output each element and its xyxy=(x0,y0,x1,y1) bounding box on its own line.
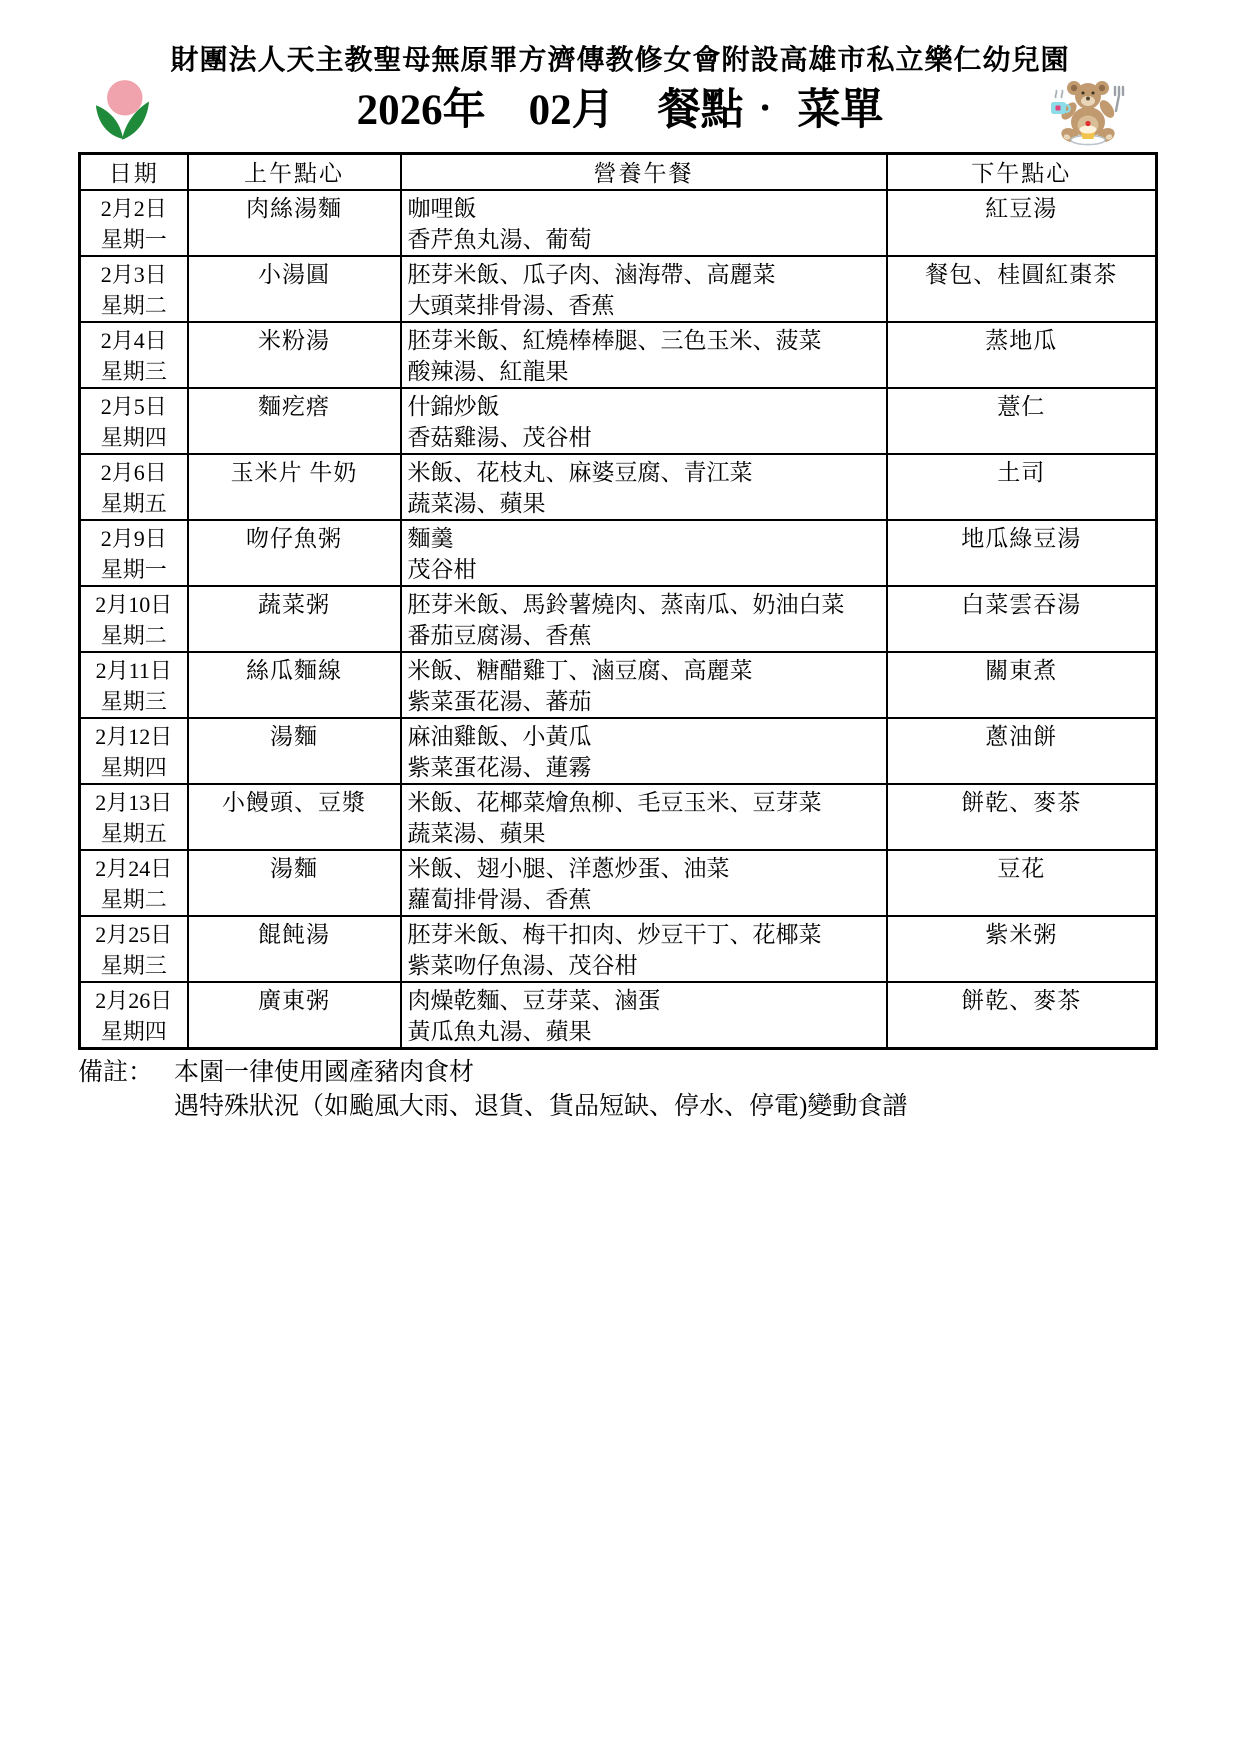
weekday-text: 星期四 xyxy=(81,752,187,783)
lunch-line-1: 胚芽米飯、梅干扣肉、炒豆干丁、花椰菜 xyxy=(408,919,882,950)
lunch-line-2: 紫菜蛋花湯、蓮霧 xyxy=(408,752,882,783)
morning-snack-cell: 廣東粥 xyxy=(188,982,401,1049)
morning-snack-text: 小湯圓 xyxy=(189,259,400,290)
table-row: 2月4日 星期三 米粉湯 胚芽米飯、紅燒棒棒腿、三色玉米、菠菜 酸辣湯、紅龍果 … xyxy=(80,322,1157,388)
teddy-bear-icon xyxy=(1040,78,1135,151)
date-text: 2月2日 xyxy=(81,193,187,224)
date-text: 2月3日 xyxy=(81,259,187,290)
date-cell: 2月2日 星期一 xyxy=(80,190,188,256)
weekday-text: 星期二 xyxy=(81,884,187,915)
morning-snack-cell: 絲瓜麵線 xyxy=(188,652,401,718)
afternoon-snack-cell: 餅乾、麥茶 xyxy=(887,982,1157,1049)
lunch-cell: 米飯、花枝丸、麻婆豆腐、青江菜 蔬菜湯、蘋果 xyxy=(401,454,887,520)
afternoon-snack-text: 餅乾、麥茶 xyxy=(888,787,1156,818)
afternoon-snack-cell: 紫米粥 xyxy=(887,916,1157,982)
weekday-text: 星期一 xyxy=(81,554,187,585)
date-cell: 2月3日 星期二 xyxy=(80,256,188,322)
table-row: 2月2日 星期一 肉絲湯麵 咖哩飯 香芹魚丸湯、葡萄 紅豆湯 xyxy=(80,190,1157,256)
afternoon-snack-cell: 豆花 xyxy=(887,850,1157,916)
lunch-line-2: 蔬菜湯、蘋果 xyxy=(408,818,882,849)
table-row: 2月26日 星期四 廣東粥 肉燥乾麵、豆芽菜、滷蛋 黃瓜魚丸湯、蘋果 餅乾、麥茶 xyxy=(80,982,1157,1049)
lunch-cell: 胚芽米飯、馬鈴薯燒肉、蒸南瓜、奶油白菜 番茄豆腐湯、香蕉 xyxy=(401,586,887,652)
lunch-line-2: 茂谷柑 xyxy=(408,554,882,585)
table-row: 2月24日 星期二 湯麵 米飯、翅小腿、洋蔥炒蛋、油菜 蘿蔔排骨湯、香蕉 豆花 xyxy=(80,850,1157,916)
morning-snack-text: 絲瓜麵線 xyxy=(189,655,400,686)
cupcake-frosting xyxy=(1080,126,1097,134)
weekday-text: 星期二 xyxy=(81,620,187,651)
bear-eye-left xyxy=(1082,92,1085,95)
lunch-cell: 咖哩飯 香芹魚丸湯、葡萄 xyxy=(401,190,887,256)
afternoon-snack-cell: 餐包、桂圓紅棗茶 xyxy=(887,256,1157,322)
lunch-line-2: 紫菜吻仔魚湯、茂谷柑 xyxy=(408,950,882,981)
weekday-text: 星期四 xyxy=(81,1016,187,1047)
lunch-cell: 米飯、花椰菜燴魚柳、毛豆玉米、豆芽菜 蔬菜湯、蘋果 xyxy=(401,784,887,850)
morning-snack-cell: 湯麵 xyxy=(188,850,401,916)
lunch-line-1: 米飯、翅小腿、洋蔥炒蛋、油菜 xyxy=(408,853,882,884)
morning-snack-cell: 小湯圓 xyxy=(188,256,401,322)
afternoon-snack-text: 土司 xyxy=(888,457,1156,488)
lunch-line-2: 酸辣湯、紅龍果 xyxy=(408,356,882,387)
date-text: 2月10日 xyxy=(81,589,187,620)
morning-snack-cell: 湯麵 xyxy=(188,718,401,784)
date-cell: 2月26日 星期四 xyxy=(80,982,188,1049)
fork xyxy=(1115,87,1123,111)
afternoon-snack-cell: 關東煮 xyxy=(887,652,1157,718)
date-text: 2月11日 xyxy=(81,655,187,686)
date-cell: 2月5日 星期四 xyxy=(80,388,188,454)
lunch-line-2: 番茄豆腐湯、香蕉 xyxy=(408,620,882,651)
lunch-line-2: 黃瓜魚丸湯、蘋果 xyxy=(408,1016,882,1047)
lunch-cell: 肉燥乾麵、豆芽菜、滷蛋 黃瓜魚丸湯、蘋果 xyxy=(401,982,887,1049)
cherry xyxy=(1085,121,1090,126)
morning-snack-text: 餛飩湯 xyxy=(189,919,400,950)
afternoon-snack-text: 餅乾、麥茶 xyxy=(888,985,1156,1016)
afternoon-snack-cell: 白菜雲吞湯 xyxy=(887,586,1157,652)
weekday-text: 星期五 xyxy=(81,488,187,519)
afternoon-snack-text: 地瓜綠豆湯 xyxy=(888,523,1156,554)
lunch-cell: 胚芽米飯、紅燒棒棒腿、三色玉米、菠菜 酸辣湯、紅龍果 xyxy=(401,322,887,388)
date-cell: 2月9日 星期一 xyxy=(80,520,188,586)
afternoon-snack-text: 紫米粥 xyxy=(888,919,1156,950)
morning-snack-text: 廣東粥 xyxy=(189,985,400,1016)
lunch-line-1: 麵羹 xyxy=(408,523,882,554)
lunch-cell: 胚芽米飯、瓜子肉、滷海帶、高麗菜 大頭菜排骨湯、香蕉 xyxy=(401,256,887,322)
lunch-cell: 麻油雞飯、小黃瓜 紫菜蛋花湯、蓮霧 xyxy=(401,718,887,784)
morning-snack-cell: 玉米片 牛奶 xyxy=(188,454,401,520)
date-cell: 2月24日 星期二 xyxy=(80,850,188,916)
table-row: 2月5日 星期四 麵疙瘩 什錦炒飯 香菇雞湯、茂谷柑 薏仁 xyxy=(80,388,1157,454)
table-row: 2月25日 星期三 餛飩湯 胚芽米飯、梅干扣肉、炒豆干丁、花椰菜 紫菜吻仔魚湯、… xyxy=(80,916,1157,982)
bear-eye-right xyxy=(1092,92,1095,95)
organization-title: 財團法人天主教聖母無原罪方濟傳教修女會附設高雄市私立樂仁幼兒園 xyxy=(0,38,1240,78)
morning-snack-text: 湯麵 xyxy=(189,853,400,884)
lunch-line-2: 香菇雞湯、茂谷柑 xyxy=(408,422,882,453)
morning-snack-text: 小饅頭、豆漿 xyxy=(189,787,400,818)
remarks-label: 備註： xyxy=(78,1056,174,1124)
teacup-heart xyxy=(1056,106,1061,111)
weekday-text: 星期四 xyxy=(81,422,187,453)
lunch-line-2: 蔬菜湯、蘋果 xyxy=(408,488,882,519)
bear-ear-right-inner xyxy=(1099,85,1105,91)
afternoon-snack-cell: 餅乾、麥茶 xyxy=(887,784,1157,850)
date-cell: 2月6日 星期五 xyxy=(80,454,188,520)
morning-snack-text: 蔬菜粥 xyxy=(189,589,400,620)
table-row: 2月6日 星期五 玉米片 牛奶 米飯、花枝丸、麻婆豆腐、青江菜 蔬菜湯、蘋果 土… xyxy=(80,454,1157,520)
menu-document-page: 財團法人天主教聖母無原罪方濟傳教修女會附設高雄市私立樂仁幼兒園 2026年 02… xyxy=(0,0,1240,1754)
afternoon-snack-text: 餐包、桂圓紅棗茶 xyxy=(888,259,1156,290)
lunch-line-1: 胚芽米飯、紅燒棒棒腿、三色玉米、菠菜 xyxy=(408,325,882,356)
afternoon-snack-cell: 薏仁 xyxy=(887,388,1157,454)
date-text: 2月9日 xyxy=(81,523,187,554)
lunch-cell: 米飯、糖醋雞丁、滷豆腐、高麗菜 紫菜蛋花湯、蕃茄 xyxy=(401,652,887,718)
lunch-line-1: 麻油雞飯、小黃瓜 xyxy=(408,721,882,752)
lunch-cell: 胚芽米飯、梅干扣肉、炒豆干丁、花椰菜 紫菜吻仔魚湯、茂谷柑 xyxy=(401,916,887,982)
afternoon-snack-text: 薏仁 xyxy=(888,391,1156,422)
morning-snack-text: 湯麵 xyxy=(189,721,400,752)
morning-snack-text: 肉絲湯麵 xyxy=(189,193,400,224)
weekday-text: 星期三 xyxy=(81,356,187,387)
afternoon-snack-cell: 紅豆湯 xyxy=(887,190,1157,256)
remarks-section: 備註： 本園一律使用國產豬肉食材 遇特殊狀況（如颱風大雨、退貨、貨品短缺、停水、… xyxy=(78,1056,907,1124)
afternoon-snack-text: 關東煮 xyxy=(888,655,1156,686)
morning-snack-cell: 肉絲湯麵 xyxy=(188,190,401,256)
morning-snack-cell: 麵疙瘩 xyxy=(188,388,401,454)
date-text: 2月4日 xyxy=(81,325,187,356)
lunch-line-1: 肉燥乾麵、豆芽菜、滷蛋 xyxy=(408,985,882,1016)
header-lunch: 營養午餐 xyxy=(401,154,887,190)
morning-snack-cell: 吻仔魚粥 xyxy=(188,520,401,586)
afternoon-snack-cell: 蒸地瓜 xyxy=(887,322,1157,388)
menu-table: 日期 上午點心 營養午餐 下午點心 2月2日 星期一 肉絲湯麵 咖哩飯 香芹魚丸… xyxy=(78,152,1158,1050)
weekday-text: 星期一 xyxy=(81,224,187,255)
afternoon-snack-text: 蒸地瓜 xyxy=(888,325,1156,356)
bear-nose xyxy=(1086,97,1090,101)
lunch-line-1: 胚芽米飯、瓜子肉、滷海帶、高麗菜 xyxy=(408,259,882,290)
afternoon-snack-cell: 地瓜綠豆湯 xyxy=(887,520,1157,586)
remarks-line-2: 遇特殊狀況（如颱風大雨、退貨、貨品短缺、停水、停電)變動食譜 xyxy=(174,1090,907,1124)
lunch-line-2: 大頭菜排骨湯、香蕉 xyxy=(408,290,882,321)
date-text: 2月24日 xyxy=(81,853,187,884)
morning-snack-text: 麵疙瘩 xyxy=(189,391,400,422)
date-cell: 2月10日 星期二 xyxy=(80,586,188,652)
remarks-lines: 本園一律使用國產豬肉食材 遇特殊狀況（如颱風大雨、退貨、貨品短缺、停水、停電)變… xyxy=(174,1056,907,1124)
table-row: 2月9日 星期一 吻仔魚粥 麵羹 茂谷柑 地瓜綠豆湯 xyxy=(80,520,1157,586)
date-cell: 2月25日 星期三 xyxy=(80,916,188,982)
bear-ear-left-inner xyxy=(1071,85,1077,91)
date-text: 2月25日 xyxy=(81,919,187,950)
morning-snack-text: 玉米片 牛奶 xyxy=(189,457,400,488)
date-cell: 2月11日 星期三 xyxy=(80,652,188,718)
table-row: 2月12日 星期四 湯麵 麻油雞飯、小黃瓜 紫菜蛋花湯、蓮霧 蔥油餅 xyxy=(80,718,1157,784)
lunch-line-1: 米飯、糖醋雞丁、滷豆腐、高麗菜 xyxy=(408,655,882,686)
weekday-text: 星期二 xyxy=(81,290,187,321)
table-row: 2月13日 星期五 小饅頭、豆漿 米飯、花椰菜燴魚柳、毛豆玉米、豆芽菜 蔬菜湯、… xyxy=(80,784,1157,850)
weekday-text: 星期三 xyxy=(81,686,187,717)
morning-snack-cell: 小饅頭、豆漿 xyxy=(188,784,401,850)
morning-snack-text: 吻仔魚粥 xyxy=(189,523,400,554)
date-cell: 2月4日 星期三 xyxy=(80,322,188,388)
lunch-cell: 什錦炒飯 香菇雞湯、茂谷柑 xyxy=(401,388,887,454)
table-row: 2月3日 星期二 小湯圓 胚芽米飯、瓜子肉、滷海帶、高麗菜 大頭菜排骨湯、香蕉 … xyxy=(80,256,1157,322)
lunch-cell: 米飯、翅小腿、洋蔥炒蛋、油菜 蘿蔔排骨湯、香蕉 xyxy=(401,850,887,916)
lunch-line-1: 什錦炒飯 xyxy=(408,391,882,422)
date-text: 2月13日 xyxy=(81,787,187,818)
teddy-bear-svg xyxy=(1040,78,1135,146)
afternoon-snack-cell: 蔥油餅 xyxy=(887,718,1157,784)
morning-snack-cell: 蔬菜粥 xyxy=(188,586,401,652)
date-text: 2月12日 xyxy=(81,721,187,752)
table-row: 2月11日 星期三 絲瓜麵線 米飯、糖醋雞丁、滷豆腐、高麗菜 紫菜蛋花湯、蕃茄 … xyxy=(80,652,1157,718)
morning-snack-cell: 米粉湯 xyxy=(188,322,401,388)
date-text: 2月26日 xyxy=(81,985,187,1016)
afternoon-snack-text: 豆花 xyxy=(888,853,1156,884)
steam-lines xyxy=(1055,90,1062,98)
weekday-text: 星期五 xyxy=(81,818,187,849)
table-header-row: 日期 上午點心 營養午餐 下午點心 xyxy=(80,154,1157,190)
lunch-line-1: 胚芽米飯、馬鈴薯燒肉、蒸南瓜、奶油白菜 xyxy=(408,589,882,620)
lunch-line-2: 香芹魚丸湯、葡萄 xyxy=(408,224,882,255)
lunch-line-2: 紫菜蛋花湯、蕃茄 xyxy=(408,686,882,717)
lunch-line-1: 米飯、花椰菜燴魚柳、毛豆玉米、豆芽菜 xyxy=(408,787,882,818)
morning-snack-text: 米粉湯 xyxy=(189,325,400,356)
weekday-text: 星期三 xyxy=(81,950,187,981)
afternoon-snack-text: 蔥油餅 xyxy=(888,721,1156,752)
header-morning-snack: 上午點心 xyxy=(188,154,401,190)
morning-snack-cell: 餛飩湯 xyxy=(188,916,401,982)
date-text: 2月6日 xyxy=(81,457,187,488)
lunch-cell: 麵羹 茂谷柑 xyxy=(401,520,887,586)
date-text: 2月5日 xyxy=(81,391,187,422)
afternoon-snack-text: 紅豆湯 xyxy=(888,193,1156,224)
lunch-line-1: 咖哩飯 xyxy=(408,193,882,224)
afternoon-snack-cell: 土司 xyxy=(887,454,1157,520)
date-cell: 2月12日 星期四 xyxy=(80,718,188,784)
table-row: 2月10日 星期二 蔬菜粥 胚芽米飯、馬鈴薯燒肉、蒸南瓜、奶油白菜 番茄豆腐湯、… xyxy=(80,586,1157,652)
header-afternoon-snack: 下午點心 xyxy=(887,154,1157,190)
afternoon-snack-text: 白菜雲吞湯 xyxy=(888,589,1156,620)
lunch-line-2: 蘿蔔排骨湯、香蕉 xyxy=(408,884,882,915)
remarks-line-1: 本園一律使用國產豬肉食材 xyxy=(174,1056,907,1090)
lunch-line-1: 米飯、花枝丸、麻婆豆腐、青江菜 xyxy=(408,457,882,488)
date-cell: 2月13日 星期五 xyxy=(80,784,188,850)
header-date: 日期 xyxy=(80,154,188,190)
